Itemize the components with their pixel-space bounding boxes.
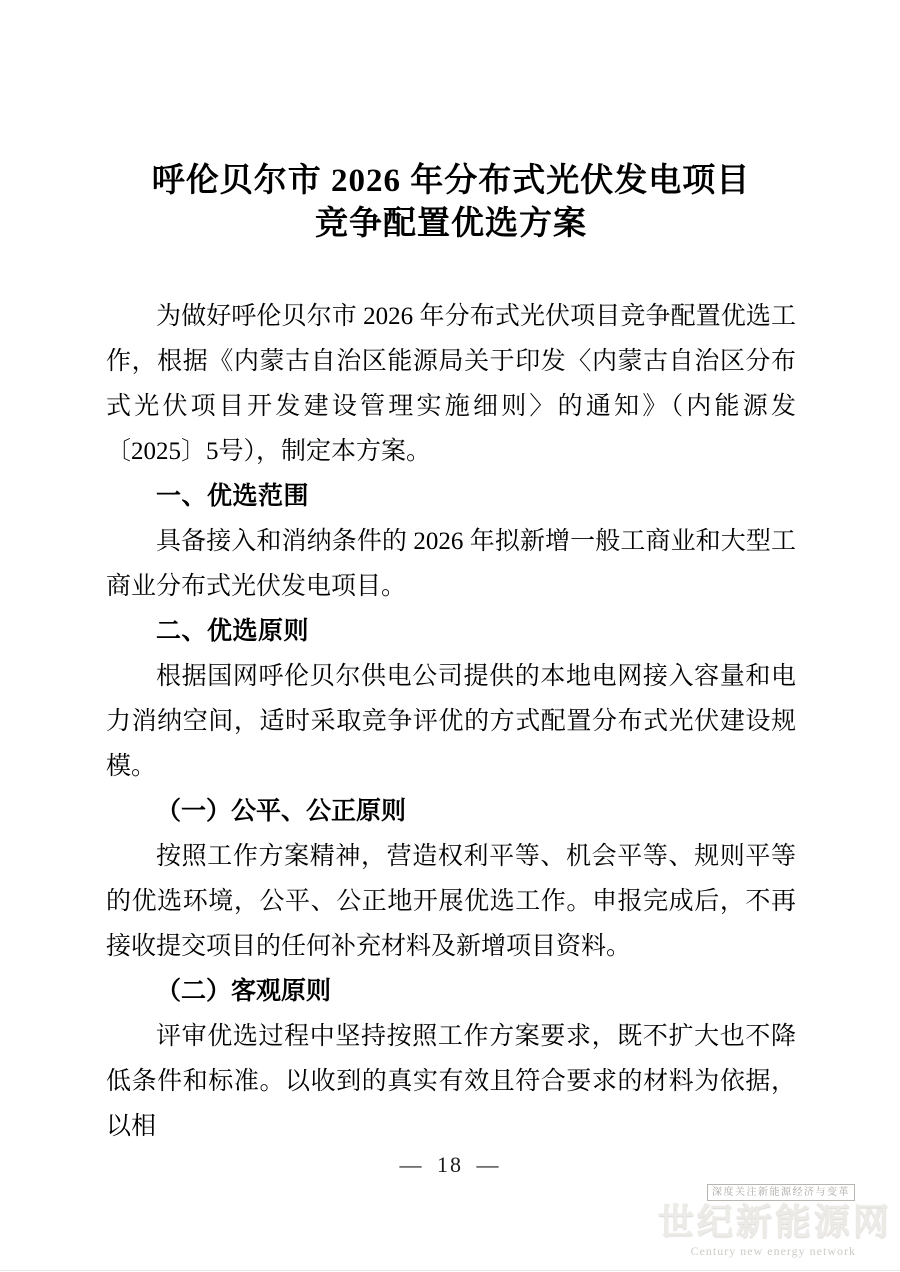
document-page: 呼伦贝尔市 2026 年分布式光伏发电项目 竞争配置优选方案 为做好呼伦贝尔市 …: [0, 0, 900, 1272]
paragraph-scope: 具备接入和消纳条件的 2026 年拟新增一般工商业和大型工商业分布式光伏发电项目…: [106, 519, 796, 609]
paragraph-objectivity: 评审优选过程中坚持按照工作方案要求，既不扩大也不降低条件和标准。以收到的真实有效…: [106, 1014, 796, 1149]
paragraph-fairness: 按照工作方案精神，营造权利平等、机会平等、规则平等的优选环境，公平、公正地开展优…: [106, 834, 796, 969]
document-title: 呼伦贝尔市 2026 年分布式光伏发电项目 竞争配置优选方案: [106, 160, 796, 246]
document-content: 呼伦贝尔市 2026 年分布式光伏发电项目 竞争配置优选方案 为做好呼伦贝尔市 …: [106, 0, 796, 1149]
watermark-brand-english: Century new energy network: [691, 1244, 856, 1259]
watermark-tagline: 深度关注新能源经济与变革: [707, 1184, 855, 1201]
title-line-2: 竞争配置优选方案: [106, 203, 796, 246]
brand-watermark: 深度关注新能源经济与变革 世纪新能源网 Century new energy n…: [600, 1182, 900, 1272]
document-body: 为做好呼伦贝尔市 2026 年分布式光伏项目竞争配置优选工作，根据《内蒙古自治区…: [106, 294, 796, 1149]
section-heading-scope: 一、优选范围: [106, 474, 796, 519]
page-number-footer: — 18 —: [0, 1152, 900, 1178]
watermark-brand-text: 世纪新能源网: [658, 1202, 892, 1242]
paragraph-principles: 根据国网呼伦贝尔供电公司提供的本地电网接入容量和电力消纳空间，适时采取竞争评优的…: [106, 654, 796, 789]
subsection-heading-fairness: （一）公平、公正原则: [106, 789, 796, 834]
title-line-1: 呼伦贝尔市 2026 年分布式光伏发电项目: [106, 160, 796, 203]
section-heading-principles: 二、优选原则: [106, 609, 796, 654]
page-bottom-edge: [0, 1270, 900, 1271]
paragraph-intro: 为做好呼伦贝尔市 2026 年分布式光伏项目竞争配置优选工作，根据《内蒙古自治区…: [106, 294, 796, 474]
subsection-heading-objectivity: （二）客观原则: [106, 969, 796, 1014]
